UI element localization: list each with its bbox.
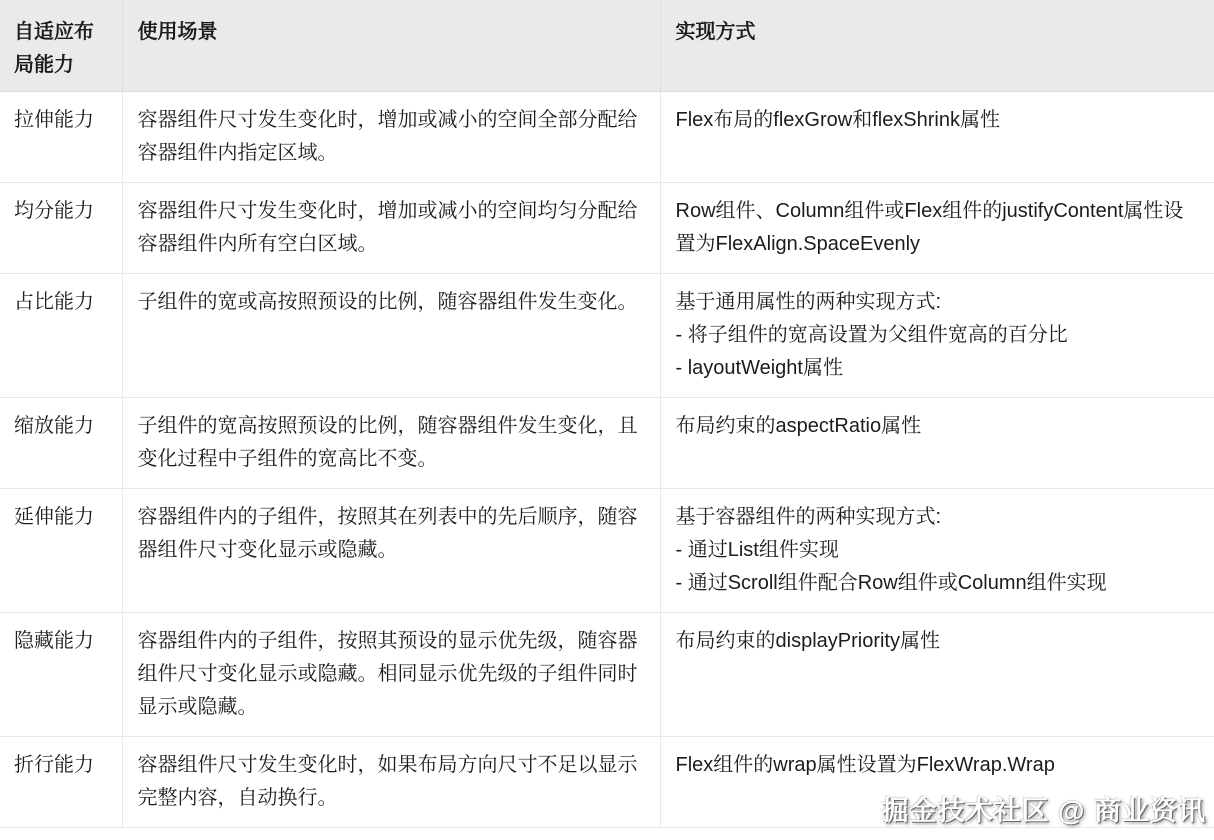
table-row: 缩放能力 子组件的宽高按照预设的比例，随容器组件发生变化，且变化过程中子组件的宽… bbox=[0, 398, 1214, 489]
implementation-line: Flex布局的flexGrow和flexShrink属性 bbox=[676, 104, 1199, 137]
capability-cell: 延伸能力 bbox=[0, 489, 122, 613]
table-row: 延伸能力 容器组件内的子组件，按照其在列表中的先后顺序，随容器组件尺寸变化显示或… bbox=[0, 489, 1214, 613]
capability-cell: 缩放能力 bbox=[0, 398, 122, 489]
implementation-line: Flex组件的wrap属性设置为FlexWrap.Wrap bbox=[676, 749, 1199, 782]
implementation-line: - 通过Scroll组件配合Row组件或Column组件实现 bbox=[676, 567, 1199, 600]
implementation-line: 布局约束的displayPriority属性 bbox=[676, 625, 1199, 658]
header-scenario: 使用场景 bbox=[122, 0, 660, 92]
table-row: 占比能力 子组件的宽或高按照预设的比例，随容器组件发生变化。 基于通用属性的两种… bbox=[0, 274, 1214, 398]
implementation-line: 基于容器组件的两种实现方式: bbox=[676, 501, 1199, 534]
header-row: 自适应布局能力 使用场景 实现方式 bbox=[0, 0, 1214, 92]
implementation-cell: 基于通用属性的两种实现方式:- 将子组件的宽高设置为父组件宽高的百分比- lay… bbox=[660, 274, 1214, 398]
table-row: 拉伸能力 容器组件尺寸发生变化时，增加或减小的空间全部分配给容器组件内指定区域。… bbox=[0, 92, 1214, 183]
table-body: 拉伸能力 容器组件尺寸发生变化时，增加或减小的空间全部分配给容器组件内指定区域。… bbox=[0, 92, 1214, 828]
implementation-line: - 通过List组件实现 bbox=[676, 534, 1199, 567]
scenario-cell: 容器组件尺寸发生变化时，如果布局方向尺寸不足以显示完整内容，自动换行。 bbox=[122, 737, 660, 828]
implementation-line: - layoutWeight属性 bbox=[676, 352, 1199, 385]
header-implementation: 实现方式 bbox=[660, 0, 1214, 92]
capability-cell: 隐藏能力 bbox=[0, 613, 122, 737]
implementation-cell: Row组件、Column组件或Flex组件的justifyContent属性设置… bbox=[660, 183, 1214, 274]
implementation-cell: Flex布局的flexGrow和flexShrink属性 bbox=[660, 92, 1214, 183]
scenario-cell: 容器组件内的子组件，按照其在列表中的先后顺序，随容器组件尺寸变化显示或隐藏。 bbox=[122, 489, 660, 613]
capability-cell: 折行能力 bbox=[0, 737, 122, 828]
table-header: 自适应布局能力 使用场景 实现方式 bbox=[0, 0, 1214, 92]
capability-cell: 占比能力 bbox=[0, 274, 122, 398]
table-row: 隐藏能力 容器组件内的子组件，按照其预设的显示优先级，随容器组件尺寸变化显示或隐… bbox=[0, 613, 1214, 737]
scenario-cell: 子组件的宽高按照预设的比例，随容器组件发生变化，且变化过程中子组件的宽高比不变。 bbox=[122, 398, 660, 489]
adaptive-layout-capability-table: 自适应布局能力 使用场景 实现方式 拉伸能力 容器组件尺寸发生变化时，增加或减小… bbox=[0, 0, 1214, 828]
implementation-line: 布局约束的aspectRatio属性 bbox=[676, 410, 1199, 443]
implementation-cell: 布局约束的displayPriority属性 bbox=[660, 613, 1214, 737]
scenario-cell: 容器组件尺寸发生变化时，增加或减小的空间全部分配给容器组件内指定区域。 bbox=[122, 92, 660, 183]
implementation-cell: Flex组件的wrap属性设置为FlexWrap.Wrap bbox=[660, 737, 1214, 828]
scenario-cell: 容器组件内的子组件，按照其预设的显示优先级，随容器组件尺寸变化显示或隐藏。相同显… bbox=[122, 613, 660, 737]
header-capability: 自适应布局能力 bbox=[0, 0, 122, 92]
implementation-line: Row组件、Column组件或Flex组件的justifyContent属性设置… bbox=[676, 195, 1199, 261]
implementation-line: - 将子组件的宽高设置为父组件宽高的百分比 bbox=[676, 319, 1199, 352]
implementation-cell: 布局约束的aspectRatio属性 bbox=[660, 398, 1214, 489]
table-row: 均分能力 容器组件尺寸发生变化时，增加或减小的空间均匀分配给容器组件内所有空白区… bbox=[0, 183, 1214, 274]
capability-cell: 拉伸能力 bbox=[0, 92, 122, 183]
capability-cell: 均分能力 bbox=[0, 183, 122, 274]
implementation-cell: 基于容器组件的两种实现方式:- 通过List组件实现- 通过Scroll组件配合… bbox=[660, 489, 1214, 613]
table-row: 折行能力 容器组件尺寸发生变化时，如果布局方向尺寸不足以显示完整内容，自动换行。… bbox=[0, 737, 1214, 828]
scenario-cell: 容器组件尺寸发生变化时，增加或减小的空间均匀分配给容器组件内所有空白区域。 bbox=[122, 183, 660, 274]
implementation-line: 基于通用属性的两种实现方式: bbox=[676, 286, 1199, 319]
scenario-cell: 子组件的宽或高按照预设的比例，随容器组件发生变化。 bbox=[122, 274, 660, 398]
